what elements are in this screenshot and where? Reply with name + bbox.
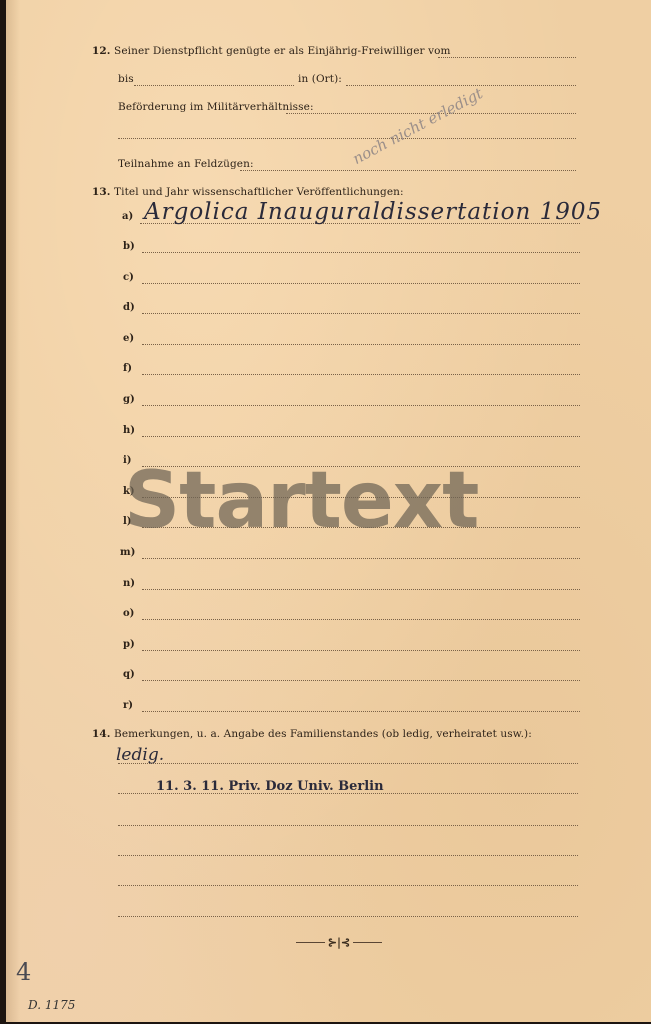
item-letter: g) <box>123 394 135 405</box>
publication-field[interactable] <box>142 711 580 712</box>
veroeffentlichungen-label: Titel und Jahr wissenschaftlicher Veröff… <box>114 186 404 198</box>
section-12-line-1: 12. Seiner Dienstpflicht genügte er als … <box>92 45 451 57</box>
befoerderung-label: Beförderung im Militärverhältnisse: <box>118 101 314 113</box>
publication-field[interactable] <box>142 374 580 375</box>
befoerderung-field-2[interactable] <box>118 138 576 139</box>
feldzuege-label: Teilnahme an Feldzügen: <box>118 158 254 170</box>
section-13-heading: 13. Titel und Jahr wissenschaftlicher Ve… <box>92 186 404 198</box>
item-letter: f) <box>123 363 132 374</box>
publication-field[interactable] <box>142 619 580 620</box>
dienstpflicht-field[interactable] <box>438 57 576 58</box>
item-a-value: Argolica Inauguraldissertation 1905 <box>144 199 602 225</box>
item-letter: e) <box>123 333 134 344</box>
publication-field[interactable] <box>142 344 580 345</box>
section-13-number: 13. <box>92 186 111 198</box>
ort-field[interactable] <box>346 85 576 86</box>
ornament-bar-right <box>353 942 382 943</box>
item-letter: o) <box>123 608 134 619</box>
item-letter: b) <box>123 241 135 252</box>
section-12-number: 12. <box>92 45 111 57</box>
watermark: Startext <box>124 462 478 540</box>
archive-ref-note: D. 1175 <box>28 998 75 1012</box>
bemerkungen-label: Bemerkungen, u. a. Angabe des Familienst… <box>114 728 532 740</box>
item-letter: n) <box>123 578 135 589</box>
item-letter: c) <box>123 272 134 283</box>
publication-field[interactable] <box>142 436 580 437</box>
ort-label: in (Ort): <box>298 73 342 85</box>
page-edge-shadow <box>6 0 20 1022</box>
document-page: 12. Seiner Dienstpflicht genügte er als … <box>6 0 651 1022</box>
publication-field[interactable] <box>142 405 580 406</box>
item-letter: m) <box>120 547 135 558</box>
item-letter: d) <box>123 302 135 313</box>
bemerkungen-field-5[interactable] <box>118 885 578 886</box>
bis-field[interactable] <box>134 85 294 86</box>
bemerkungen-value-2: 11. 3. 11. Priv. Doz Univ. Berlin <box>156 779 384 794</box>
dienstpflicht-label: Seiner Dienstpflicht genügte er als Einj… <box>114 45 451 57</box>
ornament-bar-left <box>296 942 325 943</box>
bemerkungen-field-6[interactable] <box>118 916 578 917</box>
feldzuege-field[interactable] <box>240 170 576 171</box>
publication-field[interactable] <box>142 252 580 253</box>
ornament-icon: ⊱|⊰ <box>325 936 353 949</box>
publication-field[interactable] <box>142 680 580 681</box>
bemerkungen-field-3[interactable] <box>118 825 578 826</box>
item-letter: h) <box>123 425 135 436</box>
bemerkungen-field-4[interactable] <box>118 855 578 856</box>
section-14-number: 14. <box>92 728 111 740</box>
pencil-note: noch nicht erledigt <box>350 84 486 168</box>
item-letter: r) <box>123 700 133 711</box>
publication-field[interactable] <box>142 283 580 284</box>
item-letter: p) <box>123 639 135 650</box>
bis-label: bis <box>118 73 134 85</box>
item-a-letter: a) <box>122 211 133 222</box>
item-letter: q) <box>123 669 135 680</box>
ornament-divider: ⊱|⊰ <box>296 936 382 948</box>
publication-field[interactable] <box>142 650 580 651</box>
section-14-heading: 14. Bemerkungen, u. a. Angabe des Famili… <box>92 728 532 740</box>
bemerkungen-value-1: ledig. <box>116 745 164 765</box>
publication-field[interactable] <box>142 589 580 590</box>
bemerkungen-field-1[interactable] <box>118 763 578 764</box>
publication-field[interactable] <box>142 558 580 559</box>
publication-field[interactable] <box>142 313 580 314</box>
